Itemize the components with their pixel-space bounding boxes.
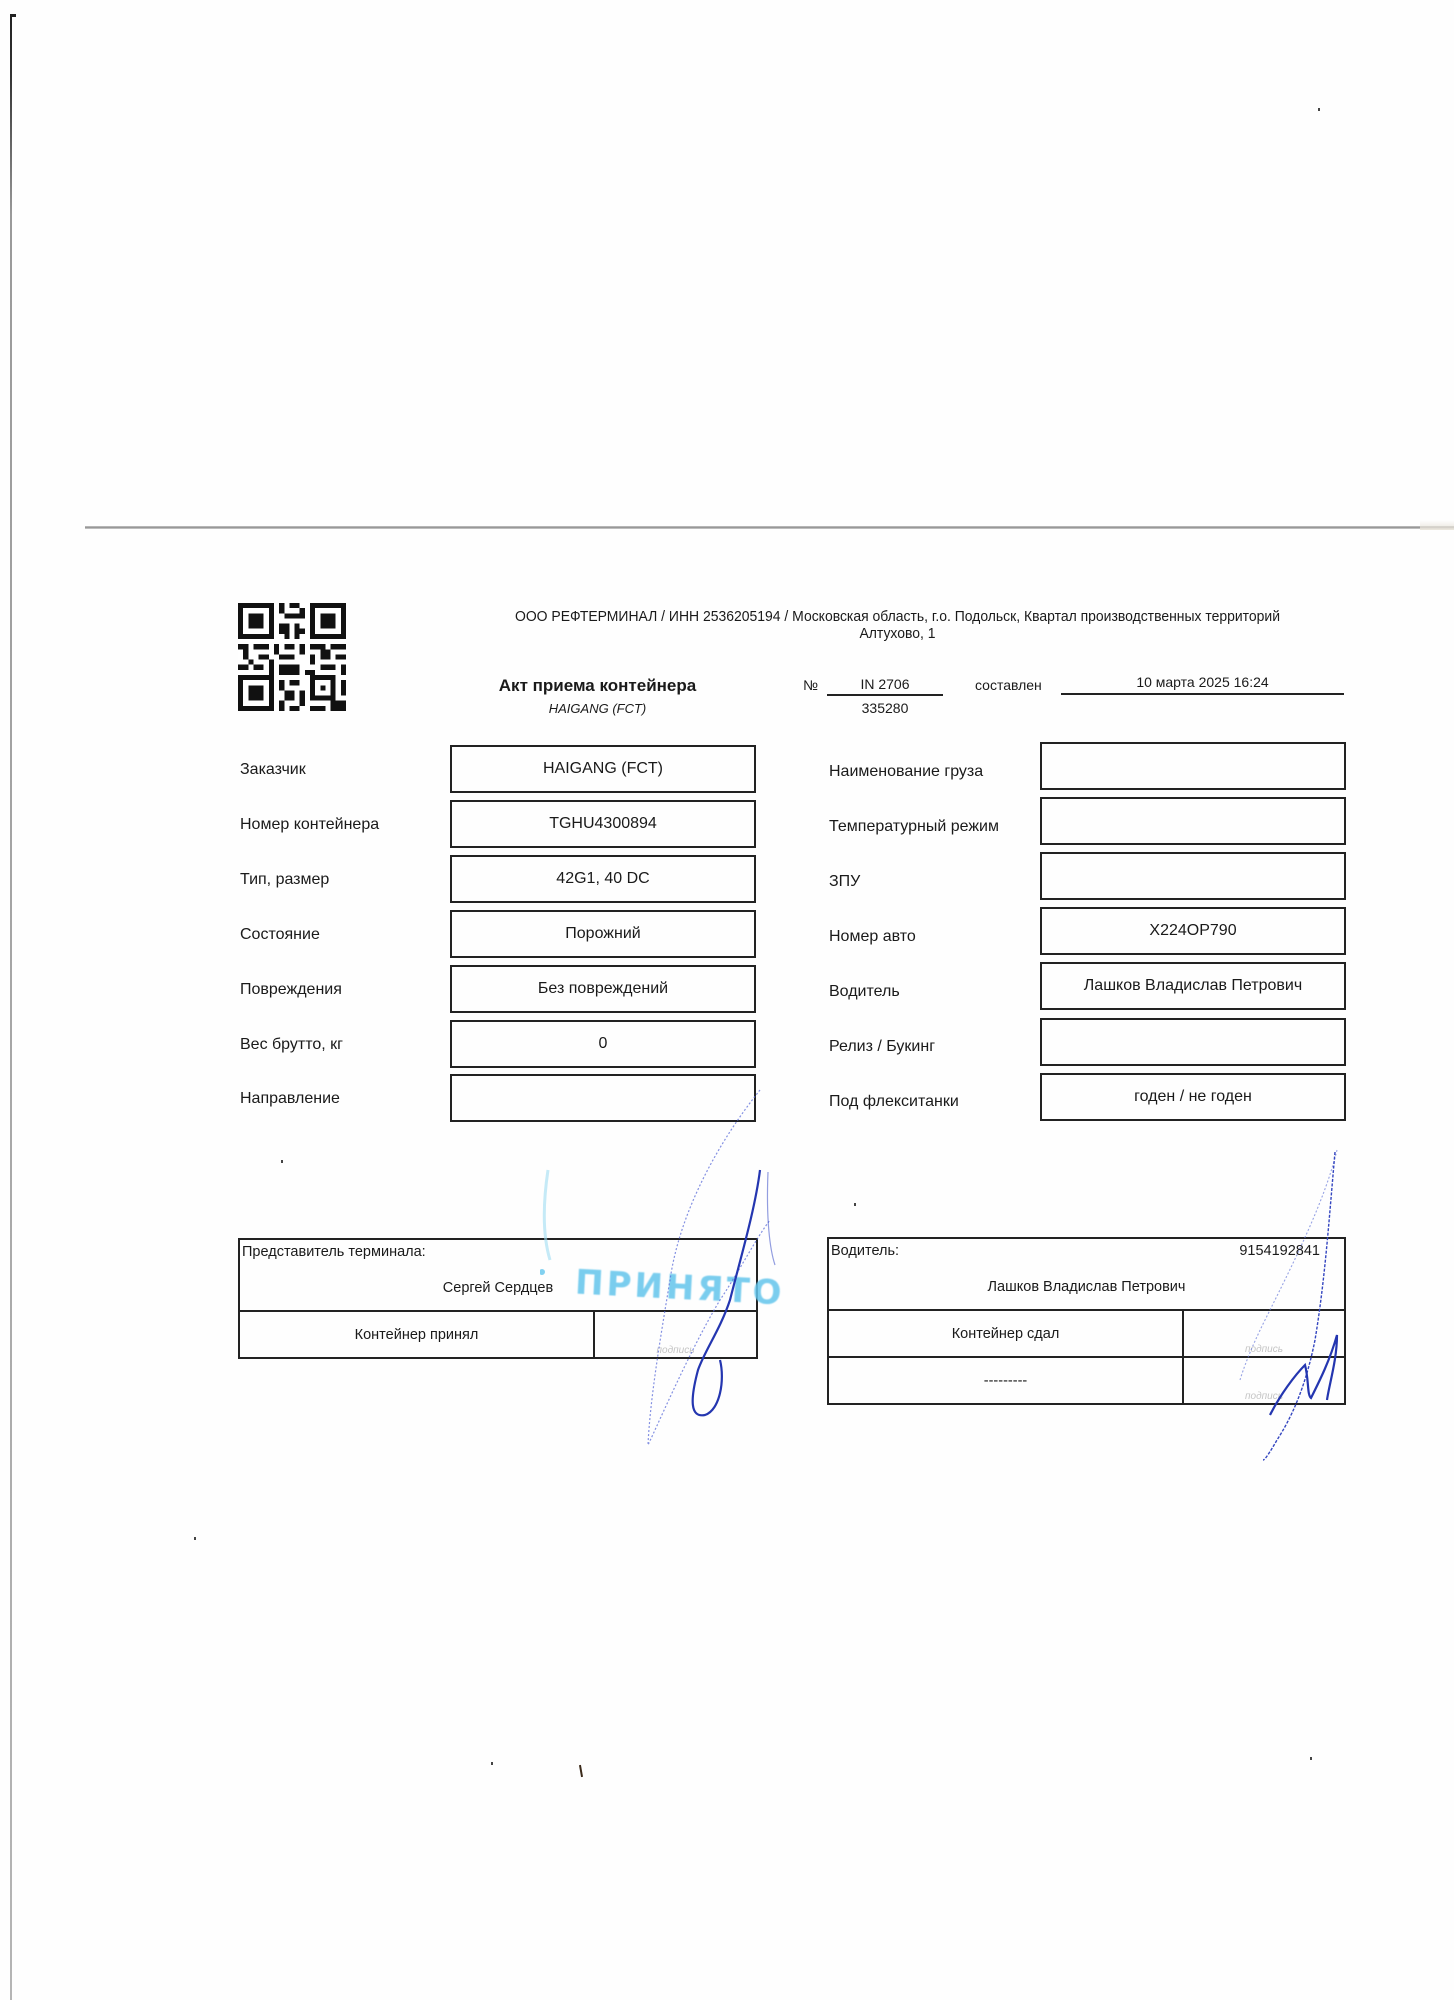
field-label-damages: Повреждения <box>240 980 342 1000</box>
field-vehicle-number: X224OP790 <box>1040 907 1346 955</box>
signature-hint: подпись <box>1184 1391 1344 1402</box>
scan-speck <box>854 1203 856 1206</box>
field-condition: Порожний <box>450 910 756 958</box>
container-accepted-cell: Контейнер принял <box>239 1311 594 1358</box>
field-cargo-name <box>1040 742 1346 790</box>
scan-edge-line <box>10 15 12 2000</box>
scan-speck <box>194 1537 196 1540</box>
field-driver: Лашков Владислав Петрович <box>1040 962 1346 1010</box>
qr-code-icon <box>238 603 346 711</box>
paper-fold-line <box>85 526 1454 529</box>
field-direction <box>450 1074 756 1122</box>
field-label-flexitank: Под флекситанки <box>829 1092 959 1112</box>
field-type-size: 42G1, 40 DC <box>450 855 756 903</box>
number-sign: № <box>803 677 818 693</box>
field-gross-weight: 0 <box>450 1020 756 1068</box>
scan-speck <box>579 1765 583 1777</box>
dashes-label: --------- <box>829 1358 1182 1403</box>
field-label-container-number: Номер контейнера <box>240 815 379 835</box>
field-label-driver: Водитель <box>829 982 900 1002</box>
driver-signature-cell: подпись <box>1183 1310 1345 1357</box>
field-label-temperature-mode: Температурный режим <box>829 817 999 837</box>
scan-edge-corner <box>10 14 16 17</box>
driver-cell: Водитель: 9154192841 Лашков Владислав Пе… <box>828 1238 1345 1310</box>
field-label-customer: Заказчик <box>240 760 306 780</box>
field-container-number: TGHU4300894 <box>450 800 756 848</box>
field-label-release-booking: Релиз / Букинг <box>829 1037 935 1057</box>
field-label-condition: Состояние <box>240 925 320 945</box>
document-subnumber: 335280 <box>827 700 943 716</box>
signature-hint: подпись <box>1184 1344 1344 1355</box>
field-label-vehicle-number: Номер авто <box>829 927 916 947</box>
document-number: IN 2706 <box>827 676 943 696</box>
terminal-signature-cell: подпись <box>594 1311 757 1358</box>
field-release-booking <box>1040 1018 1346 1066</box>
container-handed-cell: Контейнер сдал <box>828 1310 1183 1357</box>
field-label-seal: ЗПУ <box>829 872 860 892</box>
document-title: Акт приема контейнера <box>470 676 725 696</box>
field-temperature-mode <box>1040 797 1346 845</box>
scan-speck <box>1310 1757 1312 1760</box>
terminal-representative-label: Представитель терминала: <box>242 1244 426 1260</box>
driver-signature-cell-2: подпись <box>1183 1357 1345 1404</box>
paper-fold-shadow <box>1420 520 1454 530</box>
field-seal <box>1040 852 1346 900</box>
field-customer: HAIGANG (FCT) <box>450 745 756 793</box>
scan-speck <box>491 1762 493 1765</box>
field-flexitank: годен / не годен <box>1040 1073 1346 1121</box>
scan-speck <box>1318 108 1320 111</box>
signature-hint: подпись <box>595 1345 756 1356</box>
organization-line-1: ООО РЕФТЕРМИНАЛ / ИНН 2536205194 / Моско… <box>477 608 1319 625</box>
dashes-cell: --------- <box>828 1357 1183 1404</box>
document-subtitle: HAIGANG (FCT) <box>470 701 725 716</box>
field-label-direction: Направление <box>240 1089 340 1109</box>
scan-speck <box>281 1160 283 1163</box>
organization-line-2: Алтухово, 1 <box>477 625 1319 642</box>
driver-name: Лашков Владислав Петрович <box>829 1279 1344 1295</box>
driver-phone: 9154192841 <box>1239 1243 1320 1259</box>
organization-header: ООО РЕФТЕРМИНАЛ / ИНН 2536205194 / Моско… <box>477 608 1319 642</box>
field-damages: Без повреждений <box>450 965 756 1013</box>
composed-date: 10 марта 2025 16:24 <box>1061 674 1344 695</box>
driver-signature-table: Водитель: 9154192841 Лашков Владислав Пе… <box>827 1237 1346 1405</box>
composed-label: составлен <box>975 677 1042 693</box>
container-accepted-label: Контейнер принял <box>240 1312 593 1357</box>
container-handed-label: Контейнер сдал <box>829 1311 1182 1356</box>
field-label-gross-weight: Вес брутто, кг <box>240 1035 343 1055</box>
field-label-cargo-name: Наименование груза <box>829 762 983 782</box>
field-label-type-size: Тип, размер <box>240 870 329 890</box>
driver-label: Водитель: <box>831 1243 899 1259</box>
